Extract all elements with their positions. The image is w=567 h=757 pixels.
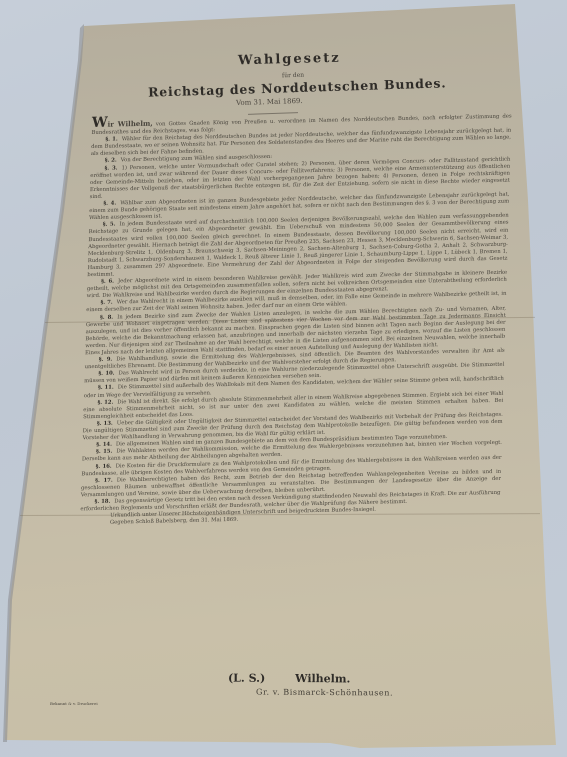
paragraph-number: §. 14. <box>96 442 112 448</box>
paragraph-number: §. 6. <box>101 279 114 285</box>
paragraph-number: §. 10. <box>98 371 114 377</box>
signature-block: (L. S.)Wilhelm. <box>228 672 350 686</box>
paragraph-5: §. 5.In jedem Bundesstaate wird auf durc… <box>87 213 509 279</box>
paragraph-number: §. 18. <box>95 499 111 505</box>
printer-mark: Bekannt & v. Druckerei <box>50 701 98 706</box>
paragraph-number: §. 12. <box>97 399 113 405</box>
paragraph-number: §. 7. <box>100 300 112 306</box>
paragraph-number: §. 8. <box>100 314 113 320</box>
signature: Wilhelm. <box>295 672 350 685</box>
paragraph-number: §. 16. <box>96 463 112 469</box>
paragraph-number: §. 13. <box>97 421 113 427</box>
paragraph-text: In jedem Bundesstaate wird auf durchschn… <box>87 213 509 278</box>
paragraph-number: §. 17. <box>95 477 113 483</box>
paragraph-number: §. 11. <box>98 385 114 391</box>
paragraph-number: §. 4. <box>103 201 116 207</box>
law-text: Wir Wilhelm, von Gottes Gnaden König von… <box>80 108 512 527</box>
monarch-name: ir Wilhelm, <box>107 119 153 129</box>
paragraph-number: §. 1. <box>105 137 118 143</box>
title-connector: für den <box>282 72 304 80</box>
document-date: Vom 31. Mai 1869. <box>236 97 303 107</box>
paragraph-number: §. 5. <box>103 222 116 228</box>
paragraph-number: §. 3. <box>104 165 117 171</box>
paragraph-number: §. 15. <box>96 449 112 455</box>
paragraph-number: §. 9. <box>99 357 113 363</box>
seal-mark: (L. S.) <box>228 672 265 685</box>
countersignature: Gr. v. Bismarck-Schönhausen. <box>256 688 393 698</box>
document-subtitle: Reichstag des Norddeutschen Bundes. <box>148 75 447 99</box>
document-title: Wahlgesetz <box>238 51 341 69</box>
document-content: Wahlgesetz für den Reichstag des Norddeu… <box>0 0 567 757</box>
paragraph-number: §. 2. <box>105 158 117 164</box>
initial-capital: W <box>92 115 108 131</box>
